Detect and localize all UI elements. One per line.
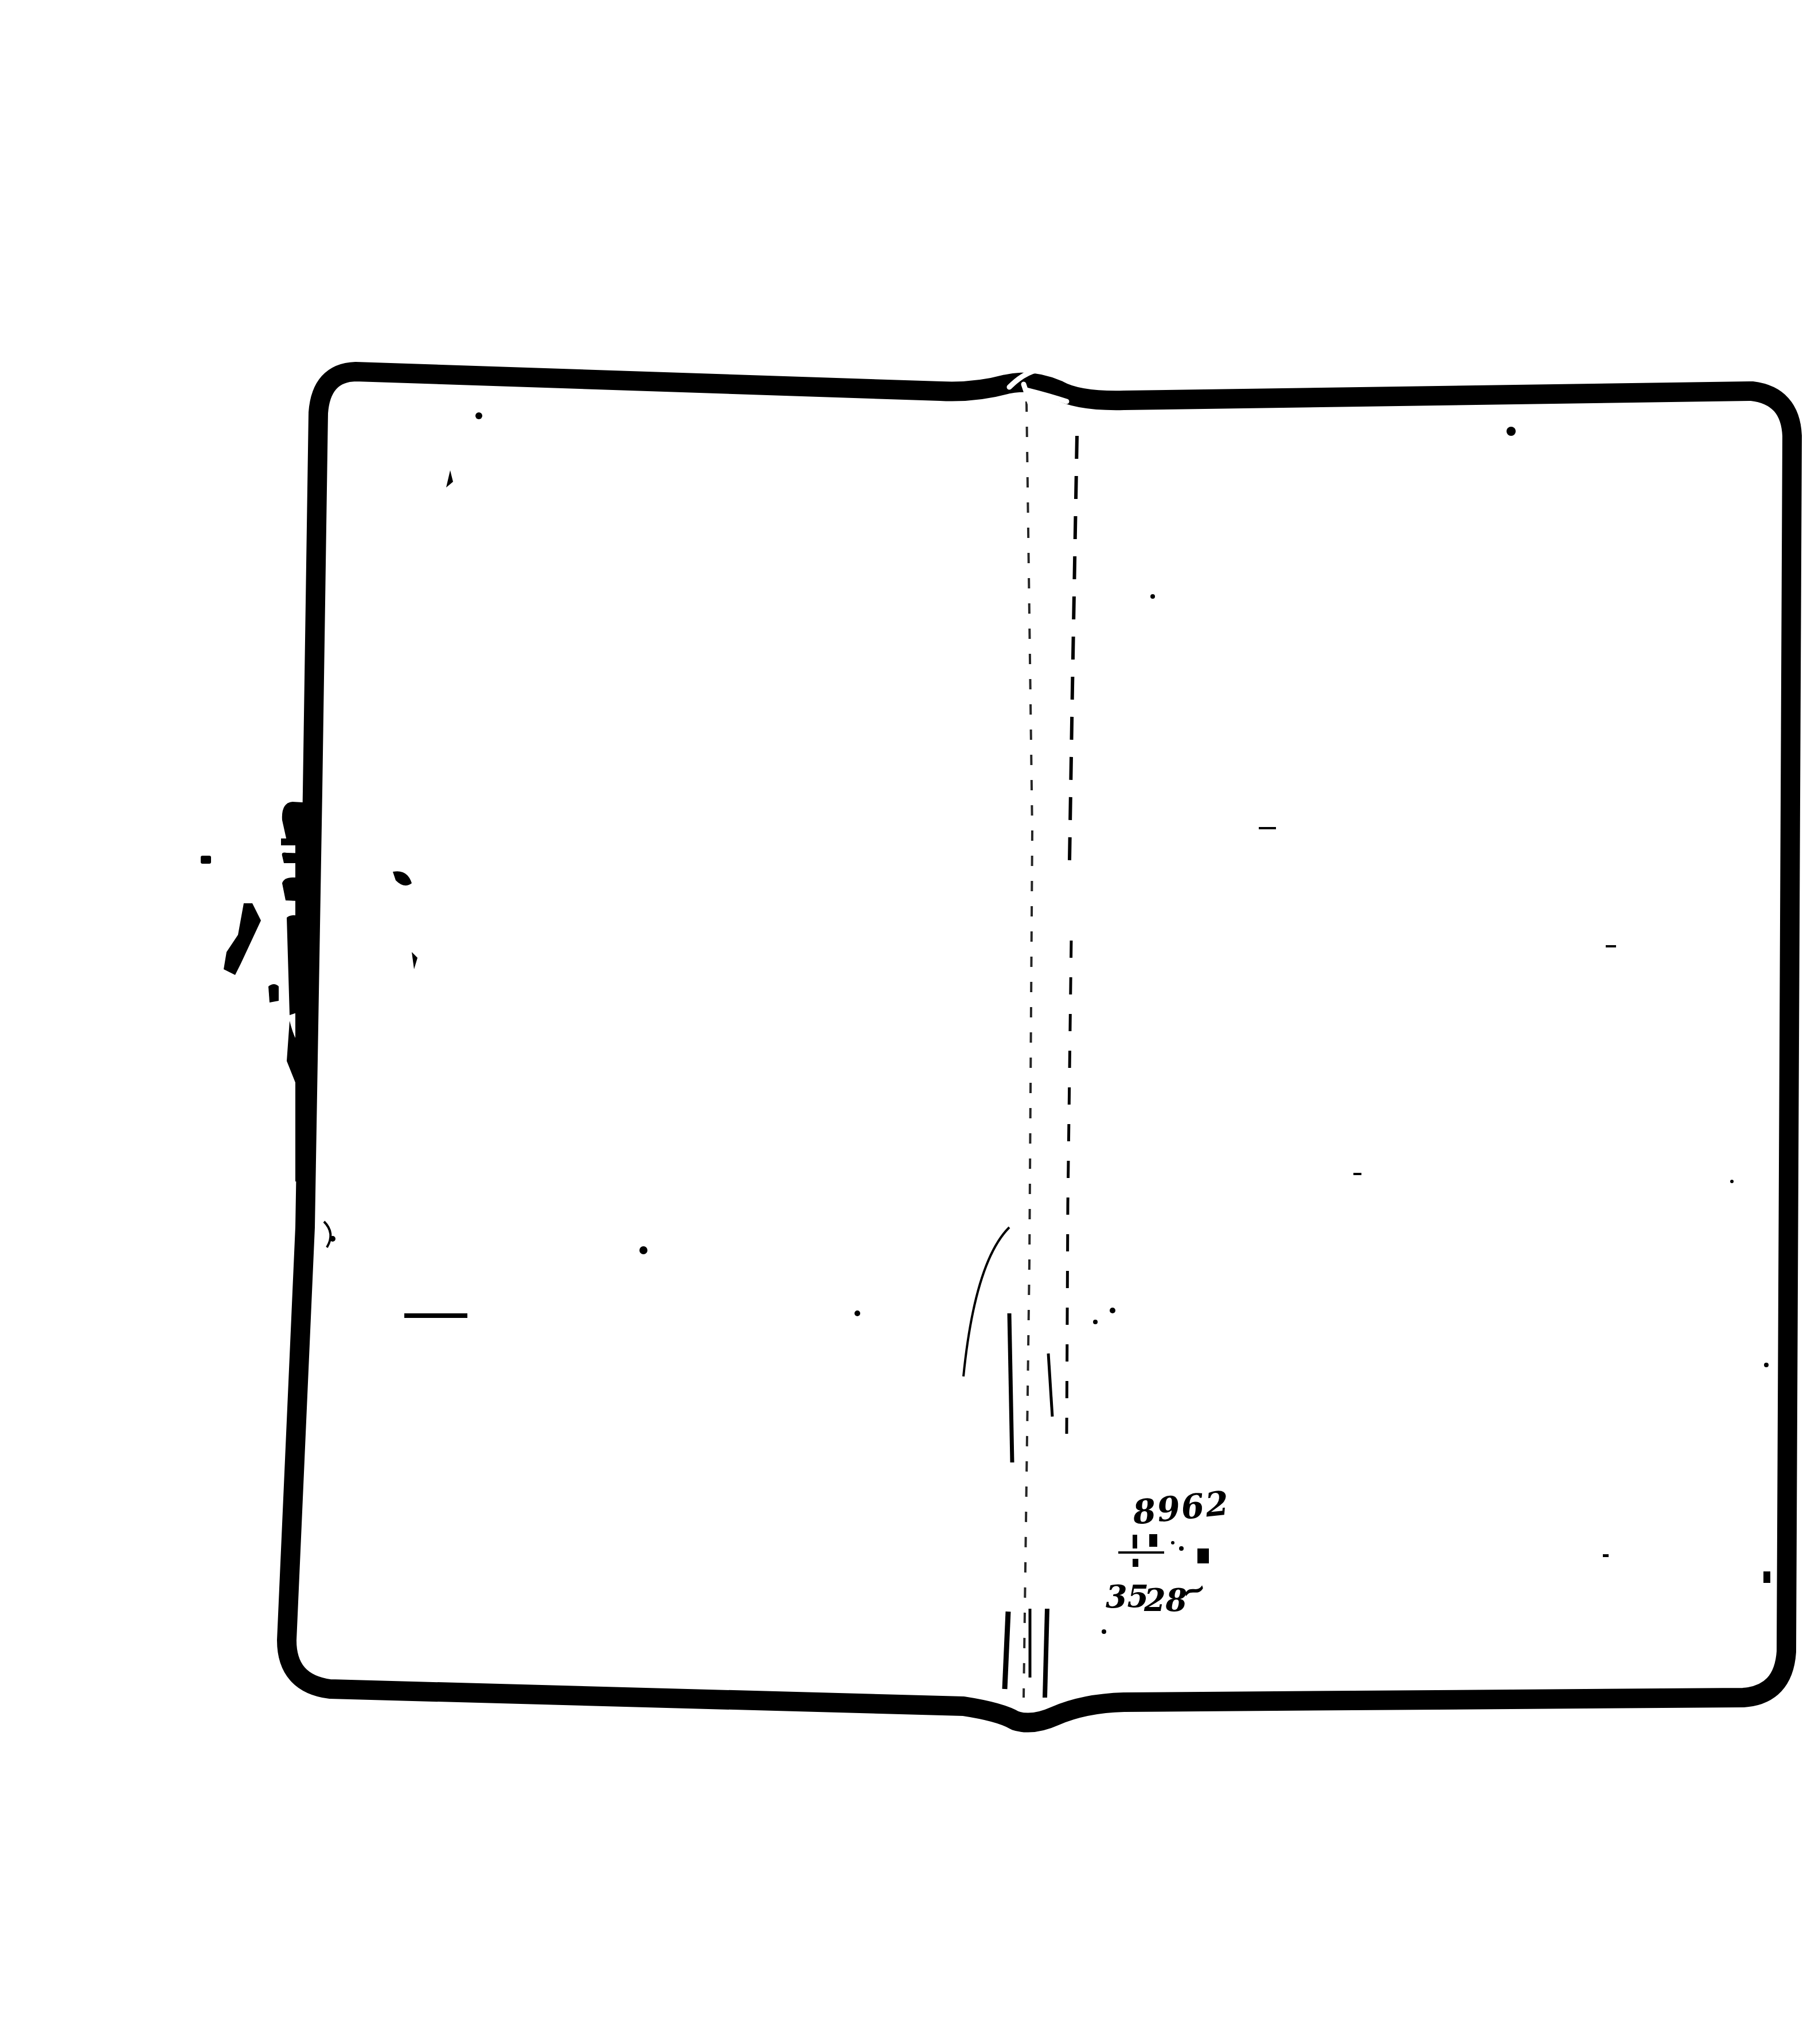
scan-specks <box>324 412 1770 1634</box>
scanned-book <box>0 0 1803 2044</box>
spine-gutter <box>963 401 1077 1698</box>
shelf-mark-a-annotation: 35 <box>1106 1578 1149 1615</box>
book-cover-outline <box>287 372 1792 1723</box>
clasp-icon <box>201 780 313 1181</box>
library-stamp <box>1118 1534 1209 1567</box>
